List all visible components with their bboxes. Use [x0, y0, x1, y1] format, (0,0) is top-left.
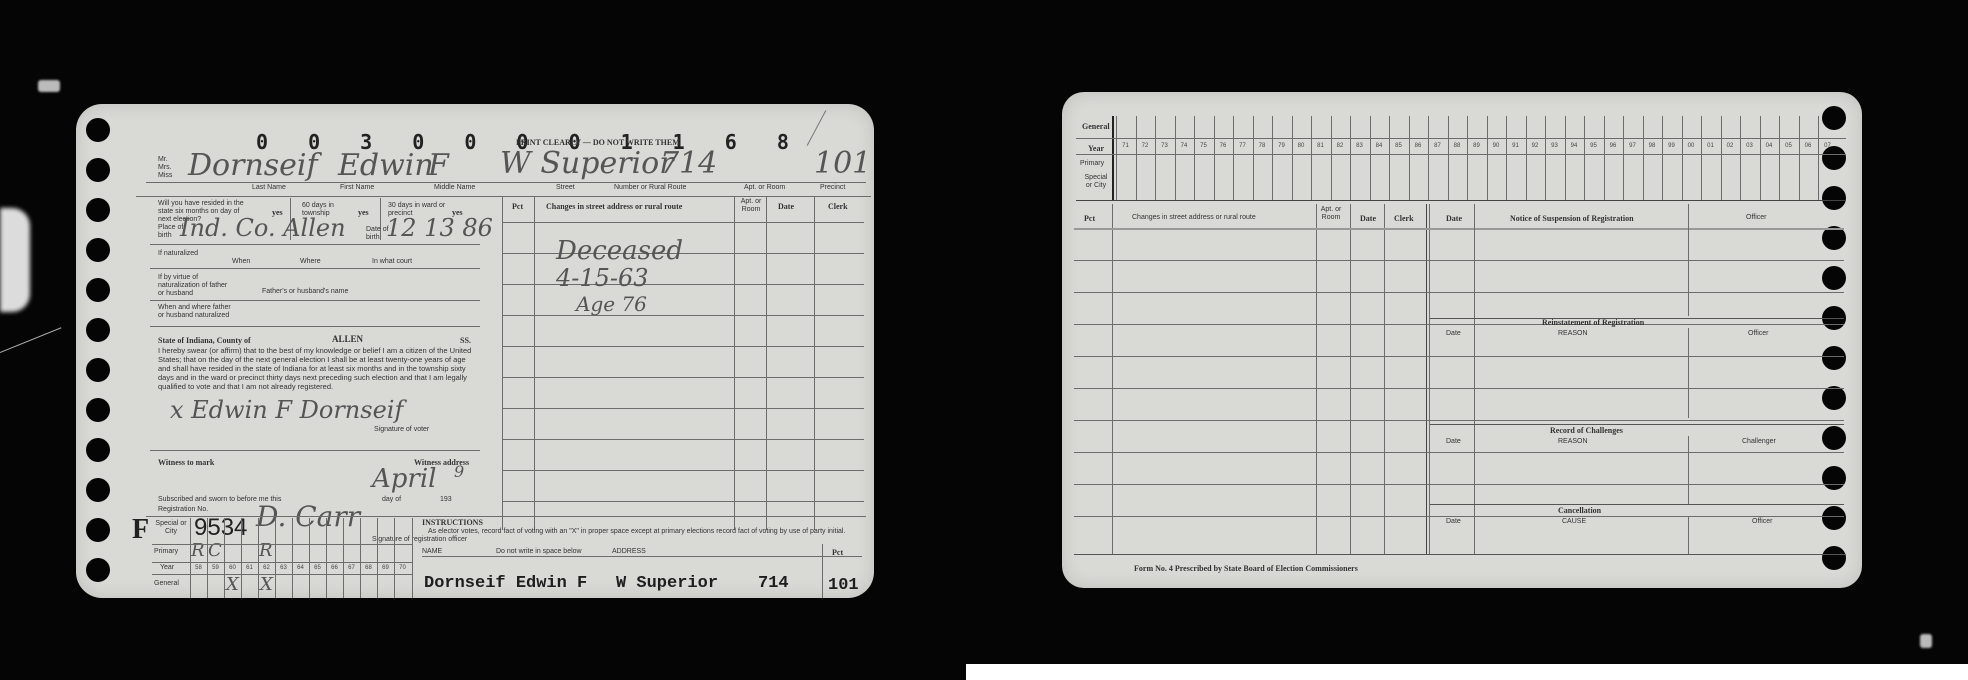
col-rule: [1136, 116, 1137, 200]
col-rule: [1643, 116, 1644, 200]
oath-state-label: State of Indiana, County of: [158, 336, 251, 345]
month-value: April: [372, 464, 436, 494]
punch-hole: [86, 438, 110, 462]
suspension-notice-header: Notice of Suspension of Registration: [1510, 214, 1634, 223]
punch-hole: [86, 318, 110, 342]
year-cell: 65: [309, 565, 326, 571]
row-label-general: General: [154, 580, 179, 588]
year-cell: 95: [1584, 143, 1603, 149]
year-cell: 04: [1760, 143, 1779, 149]
row-label-primary: Primary: [154, 548, 178, 556]
col-rule: [1701, 116, 1702, 200]
year-cell: 07: [1818, 143, 1837, 149]
year-cell: 90: [1487, 143, 1506, 149]
naturalized-label: If naturalized: [158, 250, 204, 258]
row-rule: [502, 377, 864, 378]
punch-hole: [1822, 346, 1846, 370]
year-cell: 79: [1272, 143, 1291, 149]
year-cell: 84: [1370, 143, 1389, 149]
col-rule: [1233, 116, 1234, 200]
row-rule: [1074, 516, 1844, 517]
row-label-year: Year: [1088, 144, 1104, 153]
birthplace-value: Ind. Co. Allen: [180, 214, 346, 242]
label-street: Street: [556, 184, 575, 192]
col-rule: [343, 518, 344, 598]
year-suffix: 9: [454, 462, 464, 481]
year-cell: 97: [1623, 143, 1642, 149]
naturalized-court-label: In what court: [372, 258, 412, 266]
form-footer: Form No. 4 Prescribed by State Board of …: [1134, 564, 1358, 573]
year-cell: 61: [241, 565, 258, 571]
year-cell: 76: [1214, 143, 1233, 149]
row-rule: [502, 346, 864, 347]
year-cell: 77: [1233, 143, 1252, 149]
cancellation-date-header: Date: [1446, 518, 1461, 526]
year-cell: 78: [1253, 143, 1272, 149]
voting-history-grid: General Year Primary Special or City 717…: [1076, 116, 1846, 200]
reinstatement-officer-header: Officer: [1748, 330, 1769, 338]
note-age: Age 76: [576, 292, 647, 316]
row-rule: [152, 544, 412, 545]
year-cell: 93: [1545, 143, 1564, 149]
col-rule: [1760, 116, 1761, 200]
year-cell: 63: [275, 565, 292, 571]
year-cell: 01: [1701, 143, 1720, 149]
naturalized-where-label: Where: [300, 258, 321, 266]
cancellation-cause-header: CAUSE: [1562, 518, 1586, 526]
day-of-label: day of: [382, 496, 401, 504]
punch-hole: [1822, 466, 1846, 490]
col-rule: [1740, 116, 1741, 200]
row-rule: [502, 408, 864, 409]
year-prefix: 193: [440, 496, 452, 504]
col-rule: [1214, 116, 1215, 200]
punch-hole: [86, 278, 110, 302]
row-rule: [152, 562, 412, 563]
col-rule: [1448, 116, 1449, 200]
row-label-year: Year: [160, 564, 174, 572]
col-rule: [1526, 116, 1527, 200]
year-cell: 59: [207, 565, 224, 571]
typed-name: Dornseif Edwin F: [424, 574, 587, 593]
punch-hole: [86, 198, 110, 222]
row-label-special: Special or City: [154, 520, 188, 536]
by-virtue-label: If by virtue of naturalization of father…: [158, 274, 230, 298]
witness-label: Witness to mark: [158, 458, 214, 467]
middle-name-value: F: [428, 148, 449, 183]
col-rule: [1584, 116, 1585, 200]
label-precinct: Precinct: [820, 184, 845, 192]
year-cell: 80: [1292, 143, 1311, 149]
row-rule: [502, 439, 864, 440]
punch-hole: [86, 158, 110, 182]
instructions-text: As elector votes, record fact of voting …: [428, 528, 848, 536]
year-cell: 66: [326, 565, 343, 571]
oath-ss: SS.: [460, 336, 471, 345]
challenges-challenger-header: Challenger: [1742, 438, 1776, 446]
col-rule: [1409, 116, 1410, 200]
col-rule: [360, 518, 361, 598]
year-cell: 88: [1448, 143, 1467, 149]
year-cell: 91: [1506, 143, 1525, 149]
reinstatement-title: Reinstatement of Registration: [1542, 318, 1644, 327]
row-label-special: Special or City: [1082, 174, 1110, 190]
township-answer: yes: [358, 208, 369, 217]
year-cell: 98: [1643, 143, 1662, 149]
first-name-value: Edwin: [338, 148, 434, 183]
col-rule: [1467, 116, 1468, 200]
label-apt: Apt. or Room: [744, 184, 785, 192]
row-rule: [1074, 292, 1844, 293]
changes-header: Changes in street address or rural route: [546, 202, 682, 211]
suspension-date-header: Date: [1446, 214, 1462, 223]
year-cell: 05: [1779, 143, 1798, 149]
col-rule: [275, 518, 276, 598]
naturalized-when-label: When: [232, 258, 250, 266]
col-rule: [309, 518, 310, 598]
year-cell: 71: [1116, 143, 1135, 149]
challenges-date-header: Date: [1446, 438, 1461, 446]
year-cell: 74: [1175, 143, 1194, 149]
col-rule: [326, 518, 327, 598]
year-cell: 96: [1604, 143, 1623, 149]
registration-card-back: General Year Primary Special or City 717…: [1062, 92, 1862, 588]
col-rule: [1194, 116, 1195, 200]
reinstatement-reason-header: REASON: [1558, 330, 1588, 338]
dust-speck: [1920, 634, 1932, 648]
col-rule: [1779, 116, 1780, 200]
col-rule: [1662, 116, 1663, 200]
year-cell: 86: [1409, 143, 1428, 149]
year-cell: 73: [1155, 143, 1174, 149]
street-number-value: 714: [660, 146, 717, 181]
general-vote-mark: X: [226, 574, 239, 595]
year-cell: 69: [377, 565, 394, 571]
punch-hole: [86, 118, 110, 142]
col-rule: [1545, 116, 1546, 200]
col-rule: [1389, 116, 1390, 200]
col-rule: [292, 518, 293, 598]
row-label-general: General: [1082, 122, 1110, 131]
general-vote-mark: X: [260, 574, 273, 595]
year-cell: 64: [292, 565, 309, 571]
col-rule: [241, 518, 242, 598]
col-rule: [1272, 116, 1273, 200]
when-where-label: When and where father or husband natural…: [158, 304, 234, 320]
year-cell: 03: [1740, 143, 1759, 149]
oath-text: I hereby swear (or affirm) that to the b…: [158, 346, 476, 391]
label-last-name: Last Name: [252, 184, 286, 192]
row-rule: [152, 574, 412, 575]
year-cell: 70: [394, 565, 411, 571]
year-cell: 87: [1428, 143, 1447, 149]
clerk-header: Clerk: [828, 202, 848, 211]
registration-letter: F: [132, 514, 149, 546]
punch-hole: [86, 518, 110, 542]
scan-edge-bar: [966, 664, 1968, 680]
col-rule: [1253, 116, 1254, 200]
col-rule: [1565, 116, 1566, 200]
typed-number: 714: [758, 574, 789, 593]
year-cell: 82: [1331, 143, 1350, 149]
clerk-header: Clerk: [1394, 214, 1414, 223]
year-cell: 92: [1526, 143, 1545, 149]
col-rule: [1116, 116, 1117, 200]
year-cell: 75: [1194, 143, 1213, 149]
card-tab-ghost: [0, 208, 30, 312]
year-cell: 72: [1136, 143, 1155, 149]
row-rule: [502, 222, 864, 223]
do-not-write-label: Do not write in space below: [496, 548, 582, 556]
punch-hole: [86, 358, 110, 382]
col-rule: [1175, 116, 1176, 200]
year-cell: 83: [1350, 143, 1369, 149]
col-rule: [1428, 116, 1429, 200]
apt-header: Apt. or Room: [738, 198, 764, 214]
year-cell: 89: [1467, 143, 1486, 149]
note-date: 4-15-63: [556, 264, 649, 292]
col-rule: [1682, 116, 1683, 200]
reinstatement-date-header: Date: [1446, 330, 1461, 338]
row-rule: [502, 470, 864, 471]
row-rule: [1074, 260, 1844, 261]
row-rule: [1074, 388, 1844, 389]
label-first-name: First Name: [340, 184, 374, 192]
changes-header: Changes in street address or rural route: [1132, 214, 1256, 222]
label-number: Number or Rural Route: [614, 184, 686, 192]
suspension-officer-header: Officer: [1746, 214, 1767, 222]
punch-hole: [1822, 266, 1846, 290]
row-rule: [1074, 324, 1844, 325]
punch-hole: [86, 238, 110, 262]
pct-header: Pct: [1084, 214, 1095, 223]
apt-header: Apt. or Room: [1316, 206, 1346, 222]
year-cell: 81: [1311, 143, 1330, 149]
row-rule: [1074, 420, 1844, 421]
punch-hole: [1822, 546, 1846, 570]
col-rule: [1331, 116, 1332, 200]
precinct-value: 101: [814, 146, 871, 181]
col-rule: [1818, 116, 1819, 200]
punch-hole: [86, 478, 110, 502]
registration-card-front: 0 0 3 0 0 0 0 1 1 6 8 PRINT CLEARLY — DO…: [76, 104, 874, 598]
col-rule: [224, 518, 225, 598]
col-rule: [394, 518, 395, 598]
year-cell: 67: [343, 565, 360, 571]
punch-hole: [86, 398, 110, 422]
cancellation-title: Cancellation: [1558, 506, 1601, 515]
year-cell: 62: [258, 565, 275, 571]
row-rule: [1074, 484, 1844, 485]
father-name-label: Father's or husband's name: [262, 288, 348, 296]
punch-hole: [86, 558, 110, 582]
voting-record-grid: Special or City Primary Year General 58R…: [152, 518, 412, 598]
dust-speck: [38, 80, 60, 92]
cancellation-officer-header: Officer: [1752, 518, 1773, 526]
col-rule: [377, 518, 378, 598]
year-cell: 06: [1799, 143, 1818, 149]
row-rule: [1074, 452, 1844, 453]
registration-no-label: Registration No.: [158, 506, 208, 514]
punch-hole: [1822, 426, 1846, 450]
footer-address-label: ADDRESS: [612, 548, 646, 556]
year-cell: 94: [1565, 143, 1584, 149]
col-rule: [1604, 116, 1605, 200]
row-rule: [1074, 228, 1844, 230]
instructions-title: INSTRUCTIONS: [422, 518, 483, 527]
footer-name-label: NAME: [422, 548, 442, 556]
year-cell: 00: [1682, 143, 1701, 149]
year-cell: 02: [1721, 143, 1740, 149]
col-rule: [1155, 116, 1156, 200]
col-rule: [1292, 116, 1293, 200]
note-deceased: Deceased: [556, 236, 683, 266]
year-cell: 99: [1662, 143, 1681, 149]
birthdate-value: 12 13 86: [386, 214, 493, 242]
year-cell: 58: [190, 565, 207, 571]
col-rule: [1721, 116, 1722, 200]
col-rule: [1487, 116, 1488, 200]
pct-header: Pct: [512, 202, 523, 211]
challenges-reason-header: REASON: [1558, 438, 1588, 446]
col-rule: [1350, 116, 1351, 200]
year-cell: 60: [224, 565, 241, 571]
typed-precinct: 101: [828, 576, 859, 595]
row-rule: [1074, 356, 1844, 357]
date-header: Date: [1360, 214, 1376, 223]
street-value: W Superior: [500, 146, 674, 181]
oath-county: ALLEN: [332, 334, 363, 344]
typed-street: W Superior: [616, 574, 718, 593]
title-prefix: Mr.Mrs.Miss: [158, 156, 172, 180]
col-rule: [1623, 116, 1624, 200]
punch-hole: [1822, 386, 1846, 410]
row-label-primary: Primary: [1080, 160, 1104, 168]
col-rule: [1799, 116, 1800, 200]
label-middle-name: Middle Name: [434, 184, 475, 192]
col-rule: [1370, 116, 1371, 200]
challenges-title: Record of Challenges: [1550, 426, 1623, 435]
year-cell: 68: [360, 565, 377, 571]
voter-signature: x Edwin F Dornseif: [170, 396, 403, 424]
voter-signature-label: Signature of voter: [374, 426, 429, 434]
punch-hole: [1822, 506, 1846, 530]
col-rule: [1506, 116, 1507, 200]
row-rule: [502, 315, 864, 316]
col-rule: [1311, 116, 1312, 200]
row-rule: [502, 501, 864, 502]
scratch-line: [0, 327, 61, 353]
check-mark: [807, 110, 827, 146]
last-name-value: Dornseif: [188, 148, 318, 183]
date-header: Date: [778, 202, 794, 211]
year-cell: 85: [1389, 143, 1408, 149]
